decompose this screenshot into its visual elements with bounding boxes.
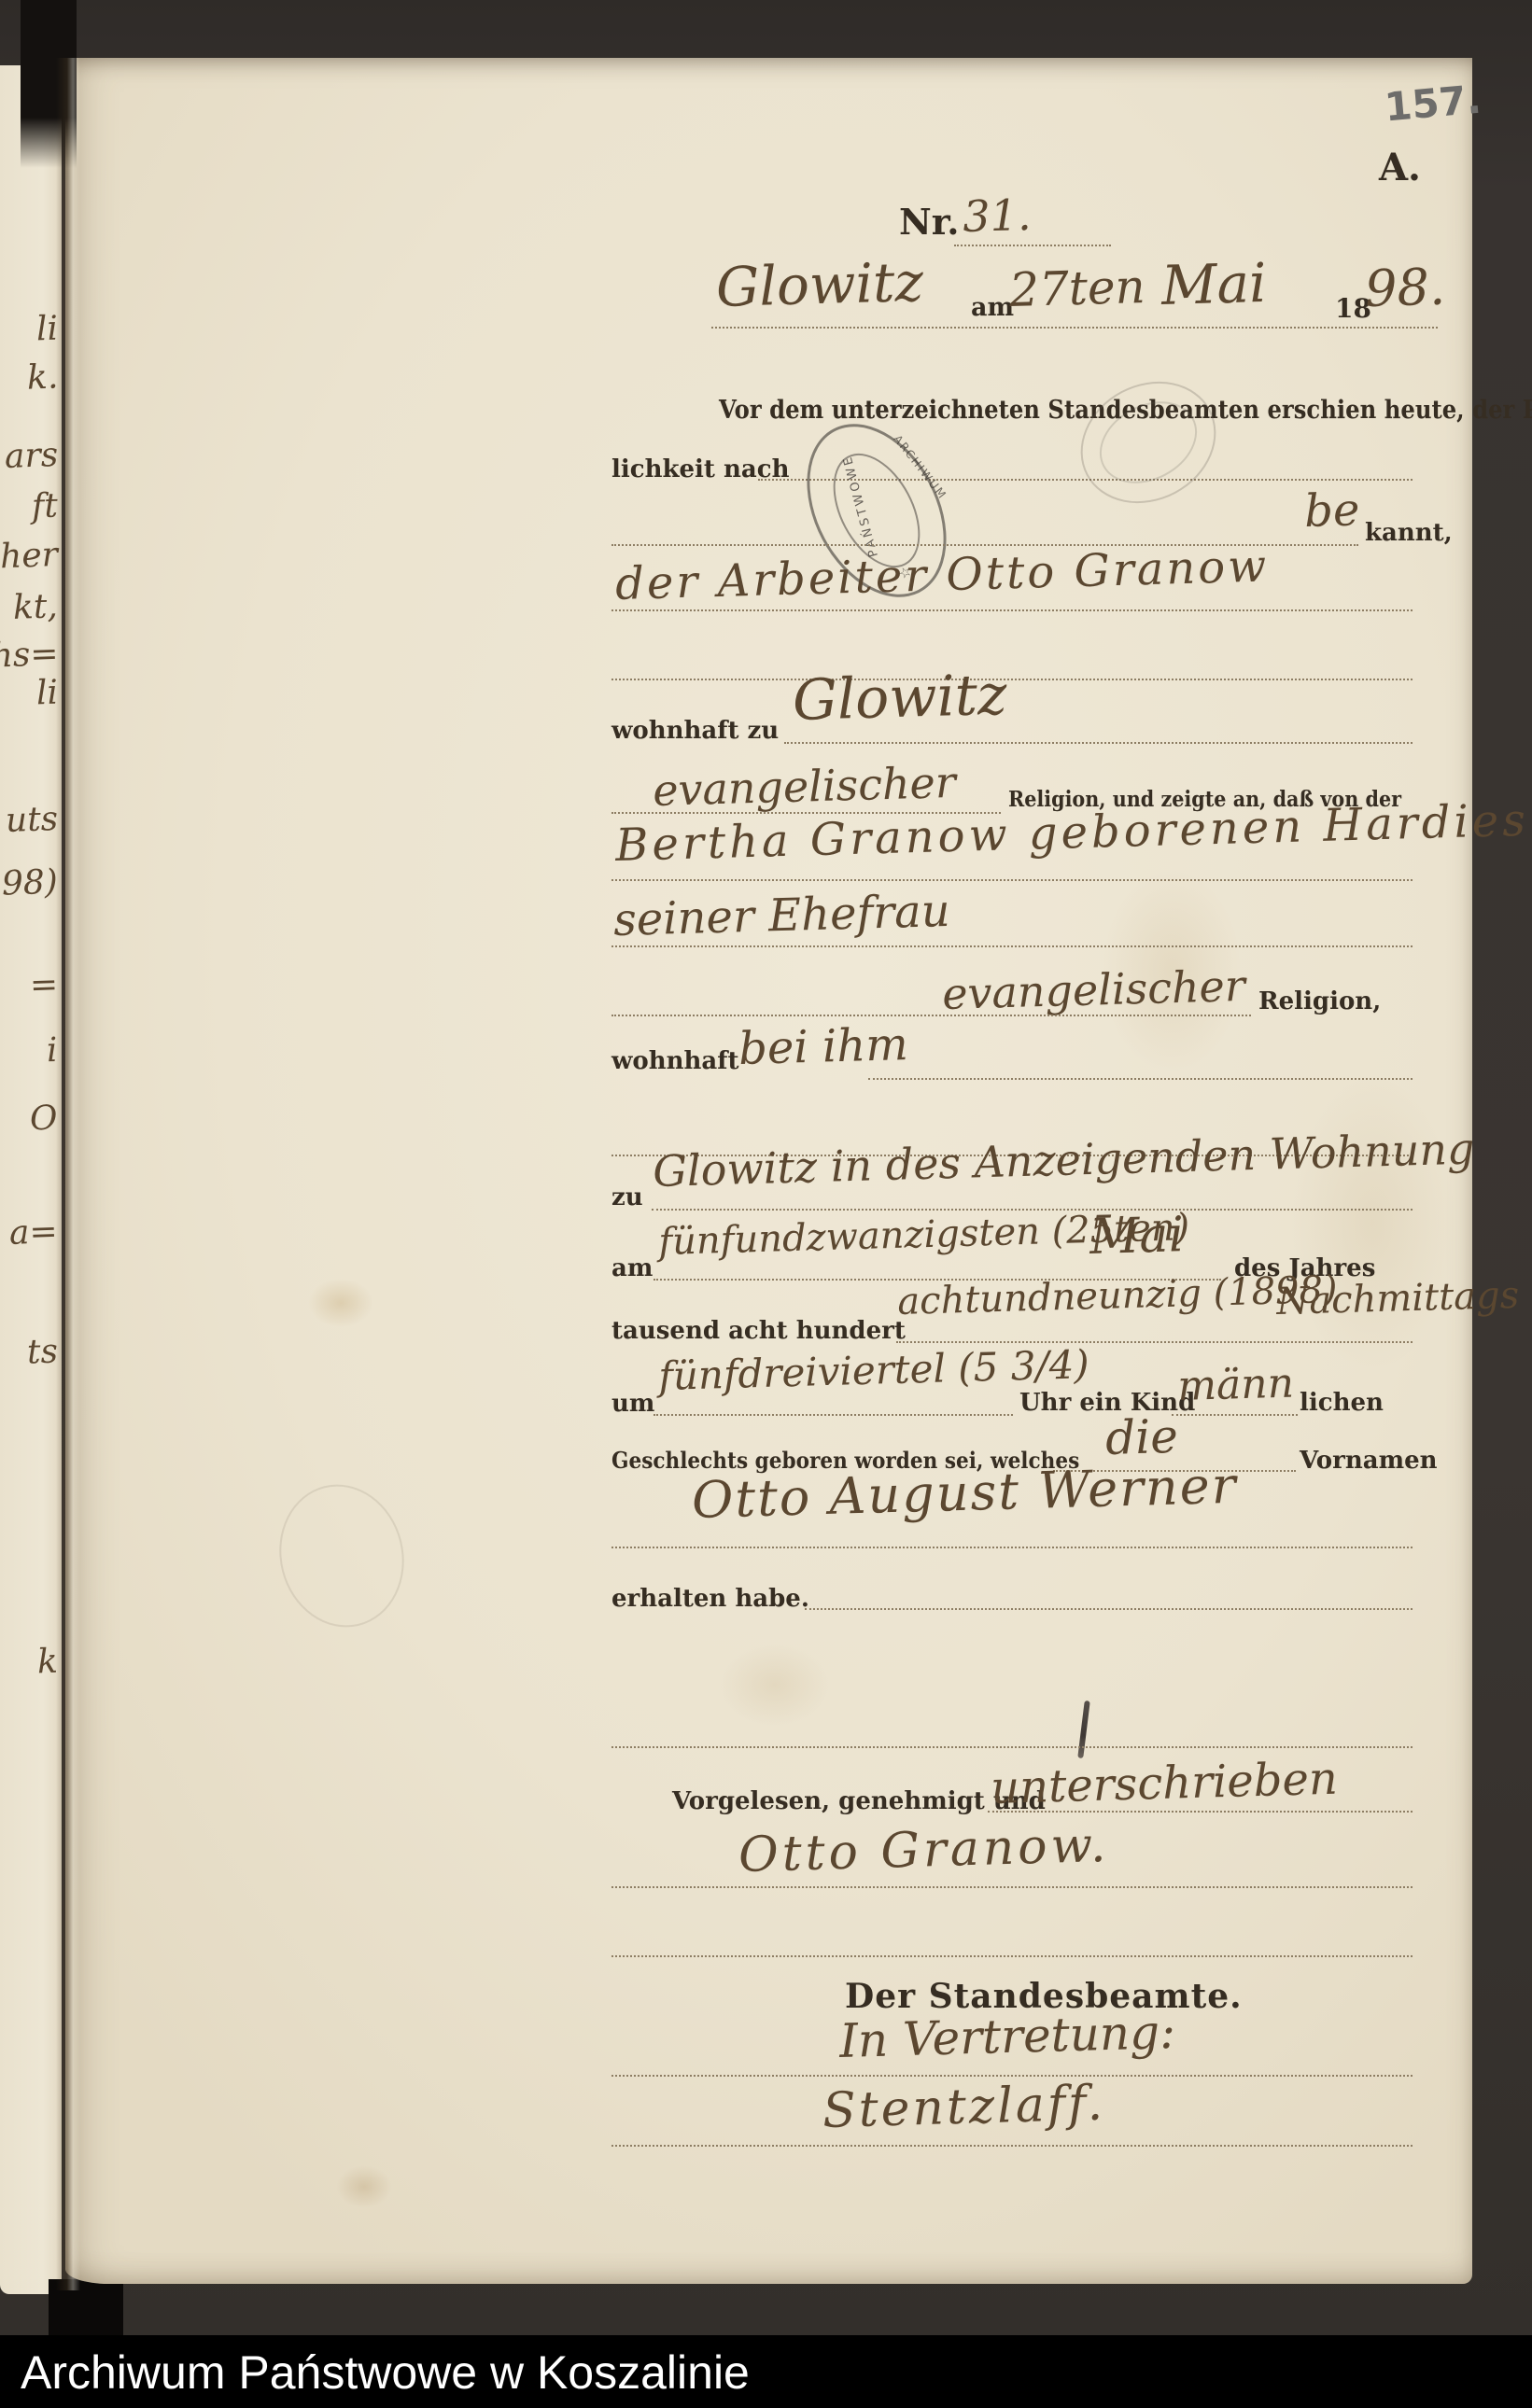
signed-handwritten: unterschrieben bbox=[990, 1753, 1338, 1814]
residence-value: Glowitz bbox=[792, 663, 1007, 734]
left-page-fragment: 898) bbox=[0, 863, 59, 904]
year-handwritten: 98. bbox=[1364, 258, 1446, 318]
mother-residence-value: bei ihm bbox=[738, 1018, 908, 1075]
page-fold-shadow bbox=[56, 58, 80, 2290]
left-page-fragment: O bbox=[30, 1099, 59, 1138]
archive-footer-bar: Archiwum Państwowe w Koszalinie bbox=[0, 2335, 1532, 2408]
ruled-line bbox=[654, 1414, 1013, 1416]
ruled-line bbox=[954, 245, 1111, 246]
religion-mother-value: evangelischer bbox=[941, 960, 1245, 1019]
ruled-line bbox=[611, 1015, 1251, 1016]
ruled-line bbox=[1172, 1414, 1298, 1416]
left-page-fragment: uts bbox=[5, 800, 59, 840]
ruled-line bbox=[611, 2075, 1413, 2077]
left-page-fragment: ft bbox=[31, 487, 58, 526]
gender-handwritten: männ bbox=[1177, 1360, 1295, 1410]
left-page-fragment: = bbox=[29, 965, 59, 1004]
ruled-line bbox=[611, 879, 1413, 881]
birth-place-label: zu bbox=[611, 1183, 643, 1211]
ruled-line bbox=[896, 1341, 1413, 1343]
scanned-document-view: li k. ars ft ischer kt, nths= li uts 898… bbox=[0, 0, 1532, 2408]
record-place-value: Glowitz bbox=[715, 250, 924, 319]
ruled-line bbox=[611, 1955, 1413, 1957]
registrar-signature: Stentzlaff. bbox=[822, 2076, 1105, 2139]
year-prefix-printed: tausend acht hundert bbox=[611, 1317, 906, 1345]
ruled-line bbox=[611, 679, 1413, 680]
ruled-line bbox=[988, 1811, 1413, 1813]
archive-name-label: Archiwum Państwowe w Koszalinie bbox=[21, 2335, 750, 2408]
ruled-line bbox=[611, 1886, 1413, 1888]
date-preposition: am bbox=[971, 293, 1014, 322]
date-day-value: 27ten bbox=[1008, 259, 1145, 317]
left-page-fragment: kt, bbox=[13, 587, 59, 627]
ruled-line bbox=[784, 742, 1413, 744]
birth-time-label: um bbox=[611, 1390, 654, 1418]
record-number-label: Nr. bbox=[899, 201, 960, 243]
ruled-line bbox=[611, 2145, 1413, 2147]
ruled-line bbox=[868, 1078, 1413, 1080]
ruled-line bbox=[711, 327, 1438, 329]
left-page-fragment: nths= bbox=[0, 635, 59, 677]
ruled-line bbox=[611, 1547, 1413, 1548]
previous-page-edge: li k. ars ft ischer kt, nths= li uts 898… bbox=[0, 65, 62, 2294]
left-page-fragment: ischer bbox=[0, 536, 59, 578]
left-page-fragment: k. bbox=[26, 357, 59, 397]
declarant-signature: Otto Granow. bbox=[738, 1817, 1110, 1883]
religion-declarant-value: evangelischer bbox=[652, 757, 956, 816]
page-number-pencil-stamp: 157. bbox=[1383, 77, 1483, 131]
mother-residence-label: wohnhaft bbox=[611, 1047, 738, 1075]
left-page-fragment: ars bbox=[4, 436, 59, 476]
gender-printed: lichen bbox=[1300, 1389, 1384, 1417]
deputy-note: In Vertretung: bbox=[838, 2005, 1175, 2068]
ruled-line bbox=[611, 1746, 1413, 1748]
record-number-value: 31. bbox=[962, 189, 1032, 242]
ruled-line bbox=[611, 945, 1413, 947]
religion-mother-printed: Religion, bbox=[1258, 987, 1381, 1015]
known-printed: kannt, bbox=[1365, 519, 1453, 547]
date-month-value: Mai bbox=[1160, 251, 1267, 317]
ruled-line bbox=[611, 609, 1413, 611]
section-letter: A. bbox=[1379, 146, 1421, 189]
mother-relation: seiner Ehefrau bbox=[612, 885, 950, 946]
left-page-fragment: ts bbox=[26, 1332, 58, 1371]
residence-label: wohnhaft zu bbox=[611, 717, 779, 745]
known-handwritten: be bbox=[1303, 483, 1360, 538]
birth-month-value: Mai bbox=[1089, 1207, 1185, 1266]
birth-day-label: am bbox=[611, 1254, 653, 1282]
firstnames-printed: Vornamen bbox=[1300, 1447, 1438, 1475]
left-page-fragment: a= bbox=[9, 1212, 59, 1253]
birth-daytime-value: Nachmittags bbox=[1276, 1274, 1520, 1323]
received-printed: erhalten habe. bbox=[611, 1585, 809, 1613]
ruled-line bbox=[805, 1608, 1413, 1610]
